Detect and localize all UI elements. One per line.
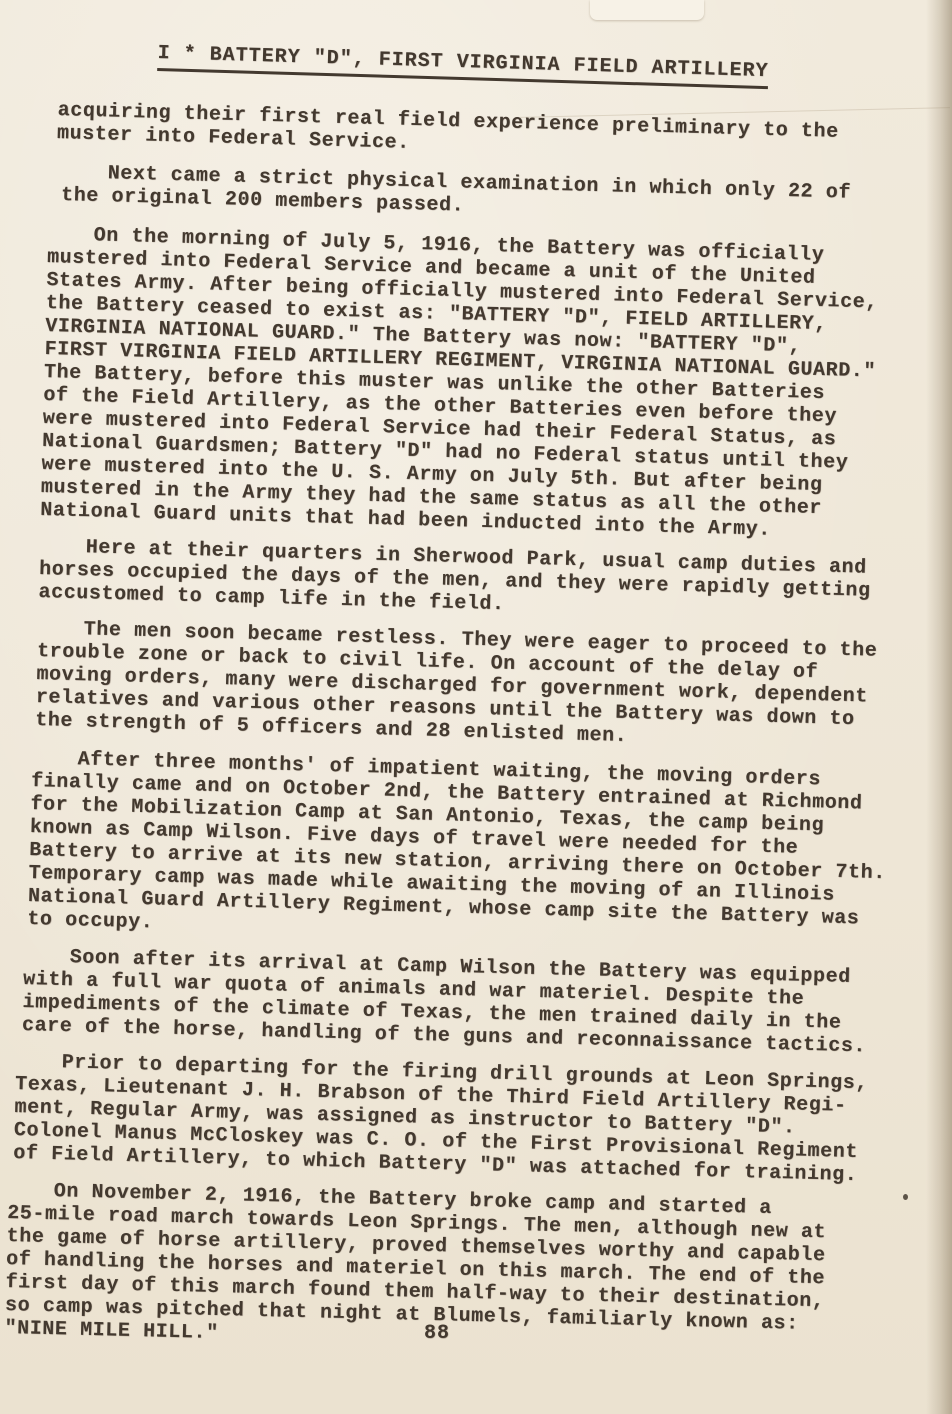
- paragraph-camp-wilson: Soon after its arrival at Camp Wilson th…: [22, 945, 952, 1060]
- ink-speck: [903, 1194, 908, 1200]
- paragraph-muster: On the morning of July 5, 1916, the Batt…: [40, 223, 952, 546]
- paragraph-examination: Next came a strict physical examination …: [61, 161, 952, 230]
- paragraph-restless: The men soon became restless. They were …: [35, 617, 952, 757]
- scanned-page: I * BATTERY "D", FIRST VIRGINIA FIELD AR…: [0, 0, 952, 1414]
- page-title: I * BATTERY "D", FIRST VIRGINIA FIELD AR…: [157, 42, 769, 89]
- page-edge-shadow: [926, 0, 952, 1414]
- paragraph-road-march: On November 2, 1916, the Battery broke c…: [4, 1179, 952, 1362]
- page-number: 88: [424, 1322, 450, 1345]
- paragraph-leon-springs: Prior to departing for the firing drill …: [13, 1050, 952, 1189]
- paragraph-sherwood-park: Here at their quarters in Sherwood Park,…: [38, 535, 951, 628]
- tape-mark: [590, 0, 704, 20]
- paragraph-moving-orders: After three months' of impatient waiting…: [27, 747, 952, 956]
